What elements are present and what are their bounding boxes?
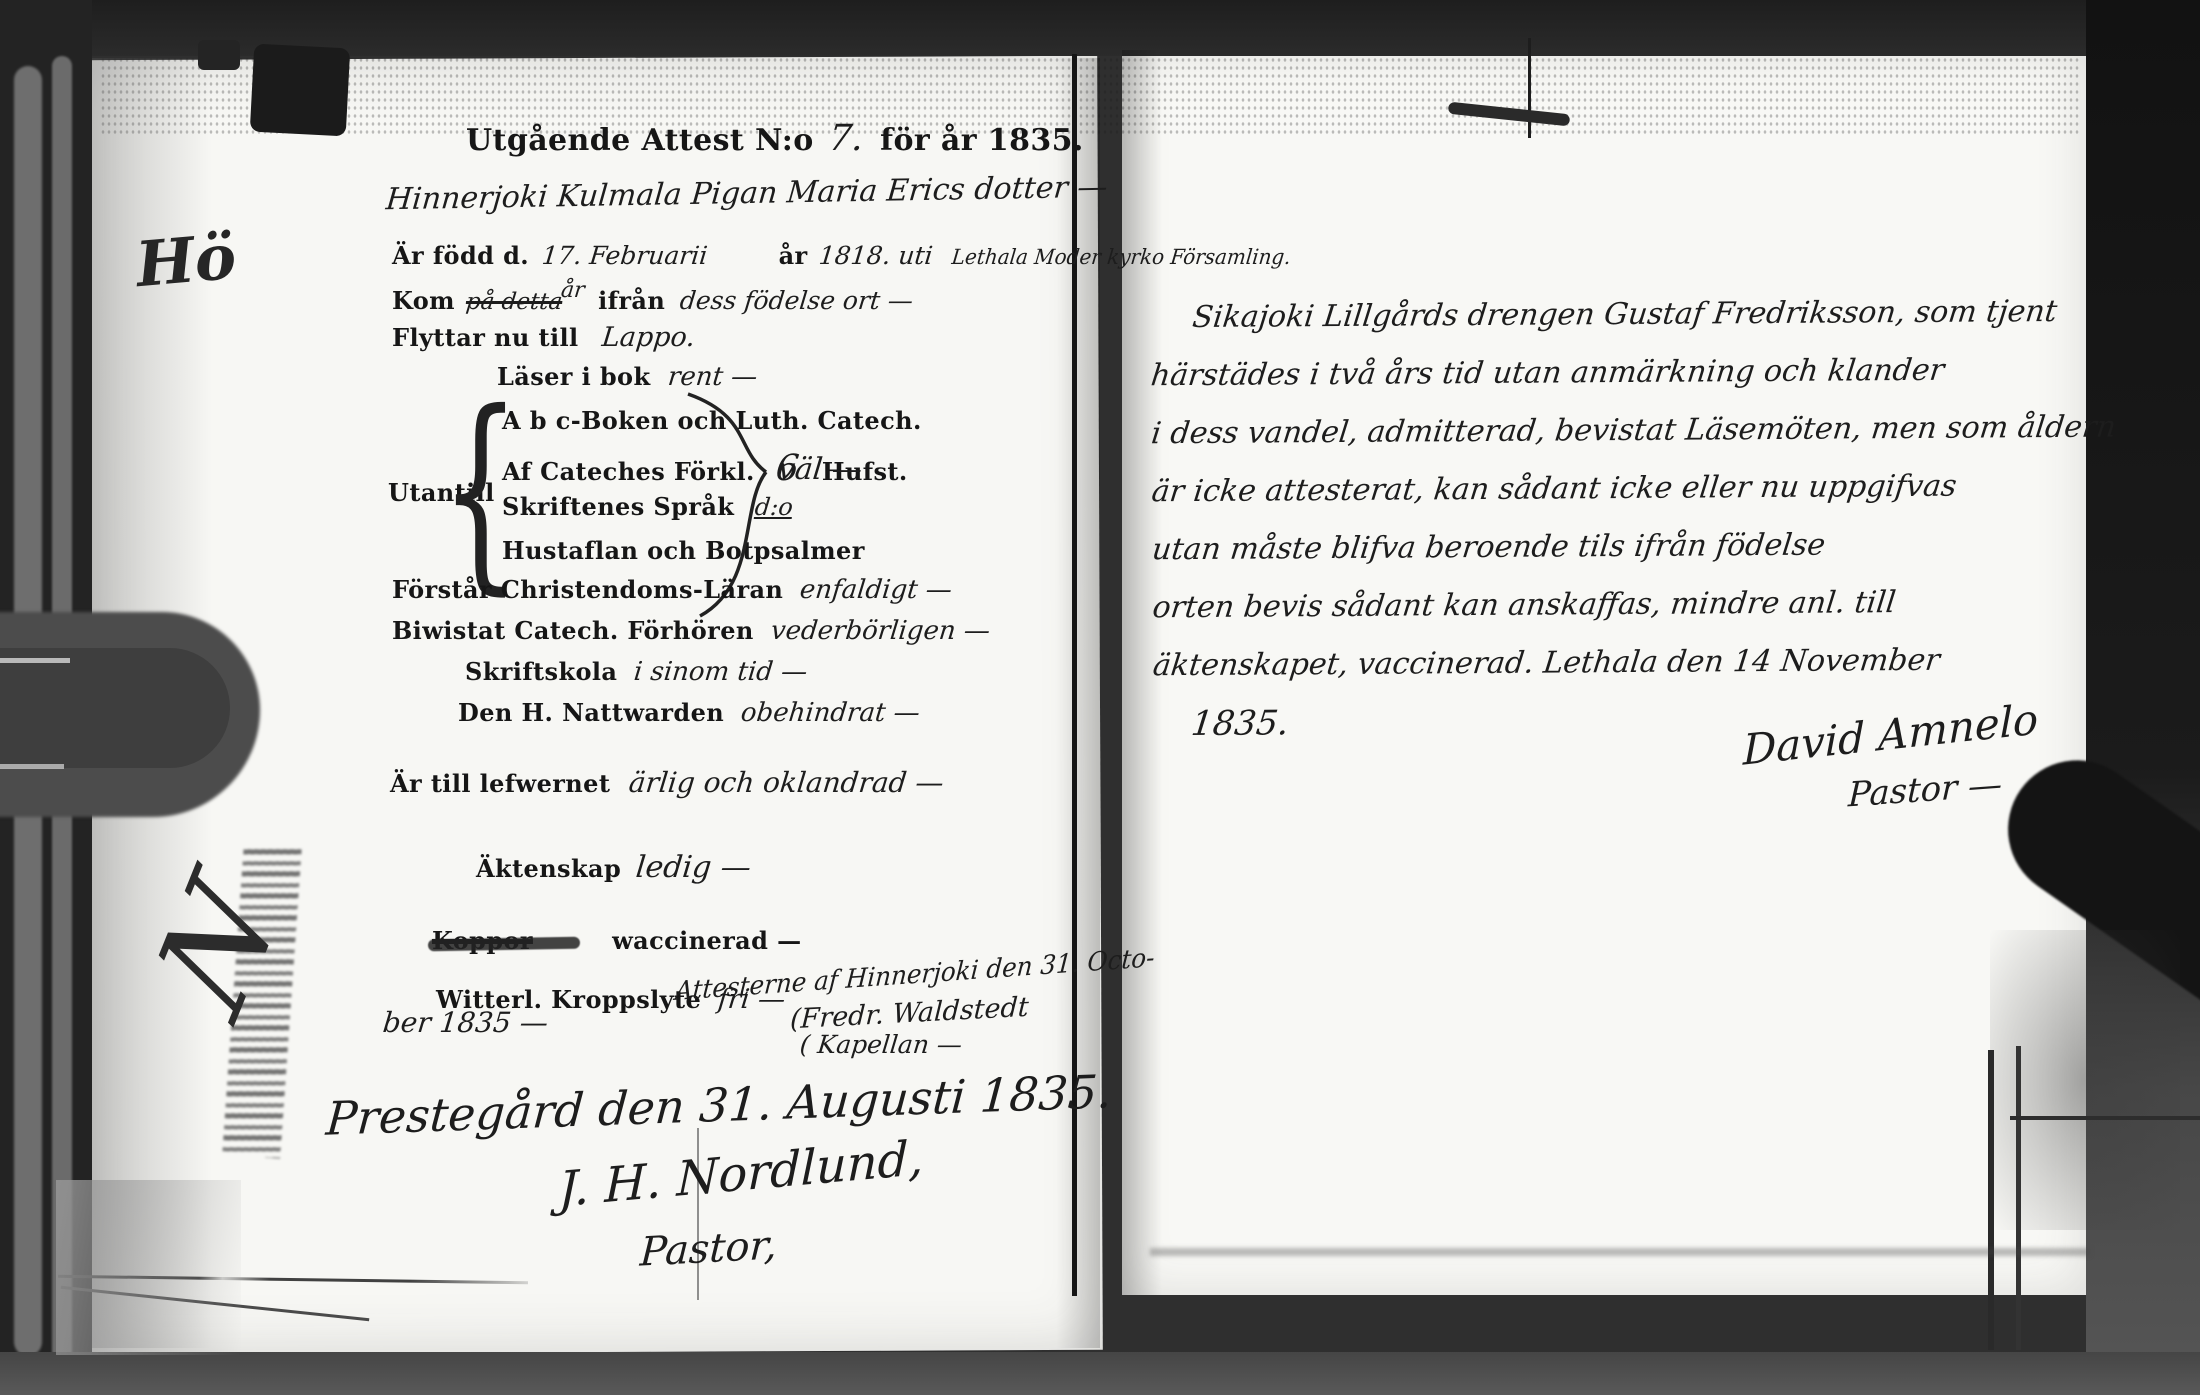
note-line: är icke attesterat, kan sådant icke elle… — [1152, 457, 2097, 522]
clamp-highlight — [0, 658, 70, 663]
attest-title: Utgående Attest N:o 7. för år 1835. — [466, 118, 1084, 159]
marriage-status: ledig — — [634, 850, 753, 885]
born-year-printed: år — [779, 241, 808, 270]
understands-printed: Förstår Christendoms-Läran — [392, 575, 783, 604]
attest-note-continuation: ber 1835 — — [383, 1006, 548, 1039]
born-date: 17. Februarii — [541, 241, 709, 270]
attended-line: Biwistat Catech. Förhören vederbörligen … — [392, 616, 990, 646]
kom-printed: Kom — [392, 286, 455, 315]
note-line-text: i dess vandel, admitterad, bevistat Läse… — [1148, 399, 2119, 464]
attended-grade: vederbörligen — — [769, 616, 991, 646]
note-line-text: utan måste blifva beroende tils ifrån fö… — [1149, 517, 1829, 580]
pastor-title: Pastor, — [639, 1222, 778, 1275]
conduct-note: ärlig och oklandrad — — [628, 766, 946, 799]
marriage-printed: Äktenskap — [476, 854, 621, 883]
attended-printed: Biwistat Catech. Förhören — [392, 616, 754, 645]
right-page-note: Sikajoki Lillgårds drengen Gustaf Fredri… — [1150, 283, 2098, 756]
attest-continuation-text: ber 1835 — — [381, 1006, 549, 1039]
note-line: utan måste blifva beroende tils ifrån fö… — [1152, 515, 2097, 580]
margin-note: Hö — [133, 220, 239, 301]
chaplain-title-text: ( Kapellan — — [798, 1030, 963, 1059]
shadow-streak — [1150, 1248, 2090, 1256]
title-printed-left: Utgående Attest N:o — [466, 123, 814, 158]
communion-line: Den H. Nattwarden obehindrat — — [458, 698, 920, 728]
note-year-text: 1835. — [1188, 694, 1292, 753]
communion-note: obehindrat — — [740, 698, 922, 728]
moves-to-line: Flyttar nu till Lappo. — [392, 322, 695, 353]
marriage-line: Äktenskap ledig — — [476, 850, 751, 885]
moves-printed: Flyttar nu till — [392, 323, 579, 352]
note-line: äktenskapet, vaccinerad. Lethala den 14 … — [1153, 631, 2098, 696]
note-line: i dess vandel, admitterad, bevistat Läse… — [1151, 399, 2096, 464]
conduct-printed: Är till lefwernet — [390, 769, 610, 798]
kom-overwrite: år — [560, 278, 586, 303]
crease-line — [1528, 38, 1531, 138]
understands-grade: enfaldigt — — [799, 575, 954, 605]
title-number: 7. — [827, 118, 866, 159]
understands-line: Förstår Christendoms-Läran enfaldigt — — [392, 575, 952, 605]
result-text: väl — — [776, 452, 864, 487]
kom-printed-2: ifrån — [598, 286, 665, 315]
vaccinated-printed: waccinerad — — [612, 926, 801, 955]
note-line: härstädes i två års tid utan anmärkning … — [1151, 341, 2096, 406]
title-printed-right: för år 1835. — [880, 123, 1084, 158]
chaplain-title: ( Kapellan — — [800, 1030, 962, 1059]
crease-line — [2016, 1046, 2021, 1350]
kom-line: Kom på detta år ifrån dess födelse ort — — [392, 286, 913, 315]
confirmation-printed: Skriftskola — [465, 657, 617, 686]
crease-line — [1988, 1050, 1994, 1350]
film-border-bottom — [0, 1352, 2200, 1395]
born-parish: Lethala Moder kyrko Församling. — [951, 245, 1292, 269]
crease-line — [2010, 1116, 2200, 1120]
note-line-text: härstädes i två års tid utan anmärkning … — [1148, 342, 1948, 406]
kom-struck: på detta — [465, 289, 564, 315]
film-clamp-shadow-left-core — [0, 648, 230, 768]
note-line: Sikajoki Lillgårds drengen Gustaf Fredri… — [1192, 283, 2095, 347]
shadow-wedge — [56, 1180, 241, 1355]
born-line: Är född d. 17. Februarii år 1818. uti Le… — [392, 241, 1300, 270]
confirmation-note: i sinom tid — — [633, 657, 809, 687]
born-year: 1818. uti — [817, 241, 934, 270]
conduct-line: Är till lefwernet ärlig och oklandrad — — [390, 766, 944, 799]
clamp-highlight — [0, 764, 64, 769]
note-line-text: orten bevis sådant kan anskaffas, mindre… — [1149, 574, 1899, 637]
born-printed: Är född d. — [392, 241, 529, 270]
note-line-text: Sikajoki Lillgårds drengen Gustaf Fredri… — [1189, 283, 2060, 347]
confirmation-line: Skriftskola i sinom tid — — [465, 657, 808, 687]
kom-hand: dess födelse ort — — [679, 286, 915, 315]
note-line-text: äktenskapet, vaccinerad. Lethala den 14 … — [1150, 632, 1943, 696]
utantill-result: väl — — [778, 452, 862, 487]
pastor-title-text: Pastor, — [639, 1222, 778, 1275]
ink-patch — [198, 40, 240, 70]
note-line: orten bevis sådant kan anskaffas, mindre… — [1152, 573, 2097, 638]
microfilm-scan: Hö N Utgående Attest N:o 7. för år 1835.… — [0, 0, 2200, 1395]
moves-destination: Lappo. — [600, 322, 696, 353]
communion-printed: Den H. Nattwarden — [458, 698, 724, 727]
ink-patch — [250, 44, 350, 137]
note-line-text: är icke attesterat, kan sådant icke elle… — [1148, 458, 1959, 522]
